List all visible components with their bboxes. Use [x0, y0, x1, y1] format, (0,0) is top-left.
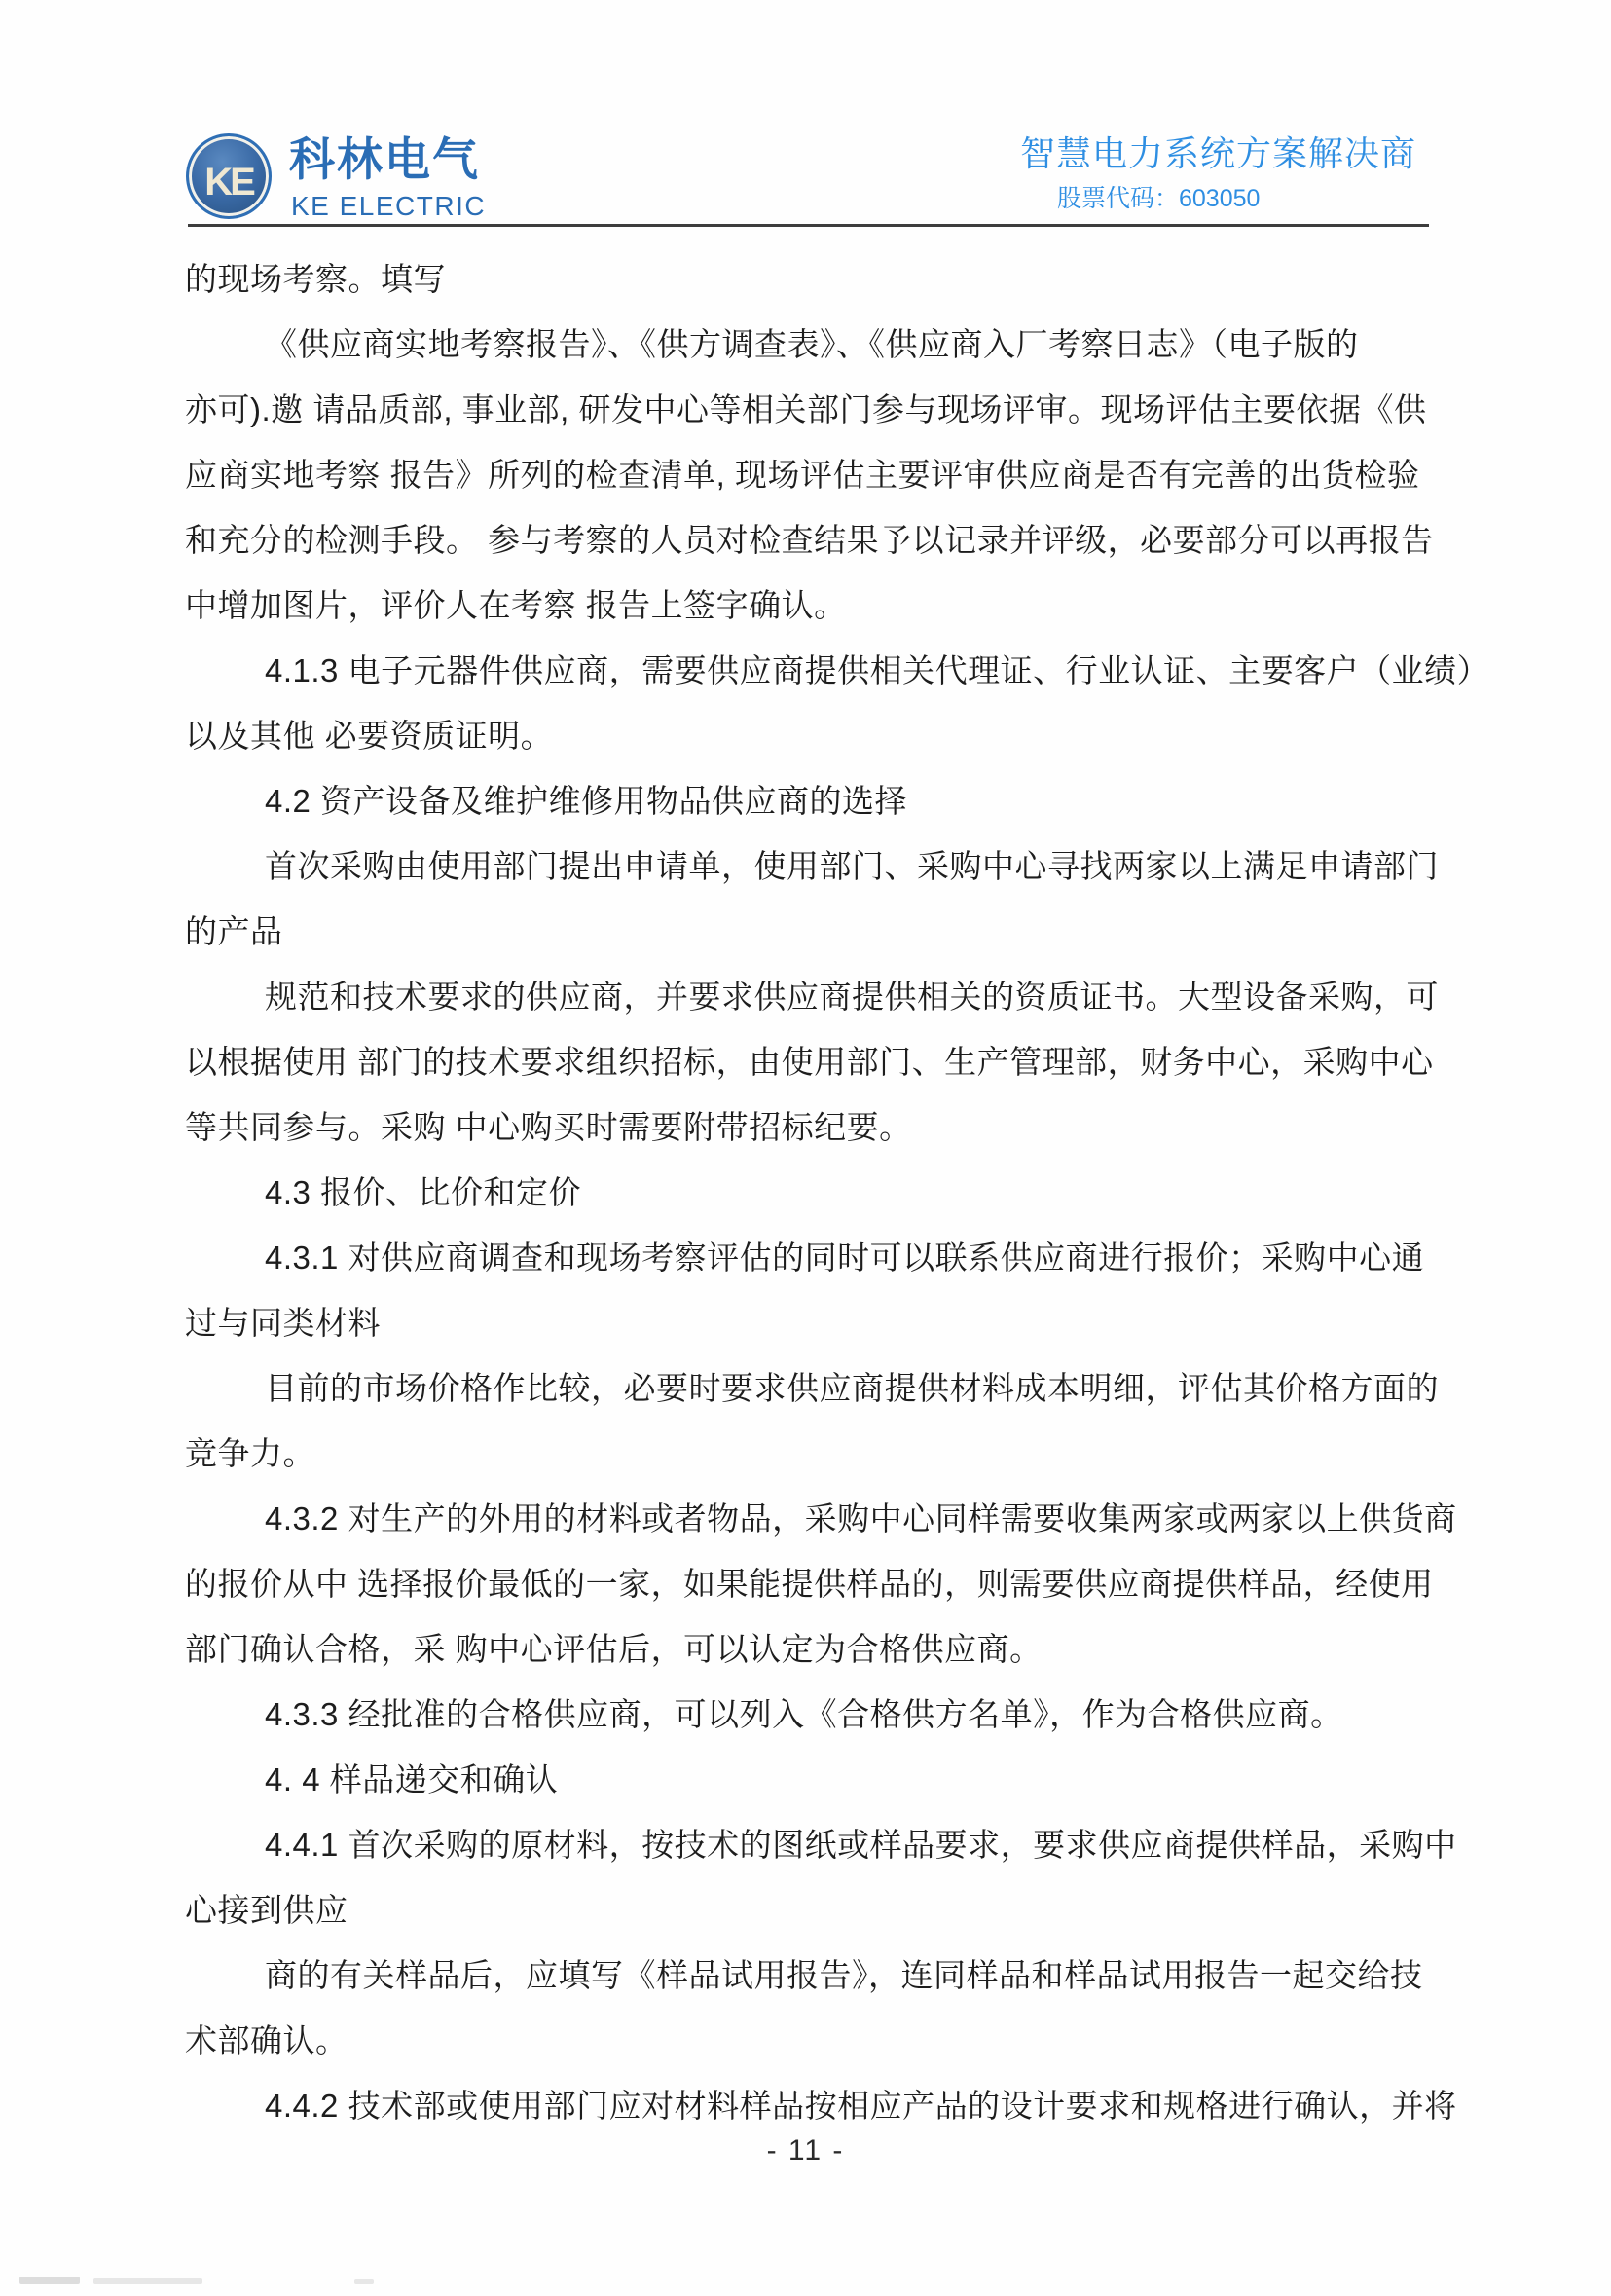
text-line: 以及其他 必要资质证明。 [185, 703, 1462, 768]
text-line: 4.3.3 经批准的合格供应商，可以列入《合格供方名单》，作为合格供应商。 [185, 1682, 1462, 1747]
text-line: 目前的市场价格作比较，必要时要求供应商提供材料成本明细，评估其价格方面的 [185, 1355, 1462, 1421]
text-line: 竞争力。 [185, 1421, 1462, 1486]
text-line: 中增加图片，评价人在考察 报告上签字确认。 [185, 573, 1462, 638]
text-line: 商的有关样品后，应填写《样品试用报告》，连同样品和样品试用报告一起交给技 [185, 1943, 1462, 2008]
scan-artifact [93, 2278, 202, 2284]
text-line: 过与同类材料 [185, 1290, 1462, 1355]
company-name-en: KE ELECTRIC [291, 193, 486, 220]
text-line: 的产品 [185, 899, 1462, 964]
text-line: 4.3.1 对供应商调查和现场考察评估的同时可以联系供应商进行报价；采购中心通 [185, 1225, 1462, 1290]
text-line: 首次采购由使用部门提出申请单，使用部门、采购中心寻找两家以上满足申请部门 [185, 833, 1462, 899]
company-tagline: 智慧电力系统方案解决商 [1020, 136, 1416, 171]
text-line: 4.1.3 电子元器件供应商，需要供应商提供相关代理证、行业认证、主要客户（业绩… [185, 638, 1462, 703]
header-divider [188, 224, 1429, 227]
text-line: 4.2 资产设备及维护维修用物品供应商的选择 [185, 768, 1462, 833]
text-line: 的现场考察。填写 [185, 246, 1462, 312]
company-logo-icon: KE [186, 133, 272, 219]
company-name-cn: 科林电气 [289, 136, 480, 182]
text-line: 以根据使用 部门的技术要求组织招标，由使用部门、生产管理部，财务中心，采购中心 [185, 1029, 1462, 1094]
scan-artifact [354, 2279, 374, 2284]
text-line: 的报价从中 选择报价最低的一家，如果能提供样品的，则需要供应商提供样品，经使用 [185, 1551, 1462, 1616]
document-body: 的现场考察。填写《供应商实地考察报告》、《供方调查表》、《供应商入厂考察日志》（… [185, 246, 1462, 2138]
text-line: 等共同参与。采购 中心购买时需要附带招标纪要。 [185, 1094, 1462, 1160]
stock-code: 股票代码：603050 [1057, 187, 1260, 211]
text-line: 心接到供应 [185, 1877, 1462, 1943]
text-line: 4.4.1 首次采购的原材料，按技术的图纸或样品要求，要求供应商提供样品，采购中 [185, 1812, 1462, 1877]
scan-artifact [19, 2277, 80, 2284]
document-page: KE 科林电气 KE ELECTRIC 智慧电力系统方案解决商 股票代码：603… [0, 0, 1611, 2296]
logo-monogram: KE [204, 161, 253, 204]
text-line: 4. 4 样品递交和确认 [185, 1747, 1462, 1812]
text-line: 应商实地考察 报告》所列的检查清单, 现场评估主要评审供应商是否有完善的出货检验 [185, 442, 1462, 507]
text-line: 4.3.2 对生产的外用的材料或者物品，采购中心同样需要收集两家或两家以上供货商 [185, 1486, 1462, 1551]
text-line: 术部确认。 [185, 2008, 1462, 2073]
text-line: 4.4.2 技术部或使用部门应对材料样品按相应产品的设计要求和规格进行确认，并将 [185, 2073, 1462, 2138]
text-line: 规范和技术要求的供应商，并要求供应商提供相关的资质证书。大型设备采购，可 [185, 964, 1462, 1029]
text-line: 亦可).邀 请品质部, 事业部, 研发中心等相关部门参与现场评审。现场评估主要依… [185, 377, 1462, 442]
text-line: 4.3 报价、比价和定价 [185, 1160, 1462, 1225]
page-number: - 11 - [0, 2134, 1611, 2167]
text-line: 和充分的检测手段。 参与考察的人员对检查结果予以记录并评级，必要部分可以再报告 [185, 507, 1462, 573]
text-line: 部门确认合格，采 购中心评估后，可以认定为合格供应商。 [185, 1616, 1462, 1682]
text-line: 《供应商实地考察报告》、《供方调查表》、《供应商入厂考察日志》（电子版的 [185, 312, 1462, 377]
